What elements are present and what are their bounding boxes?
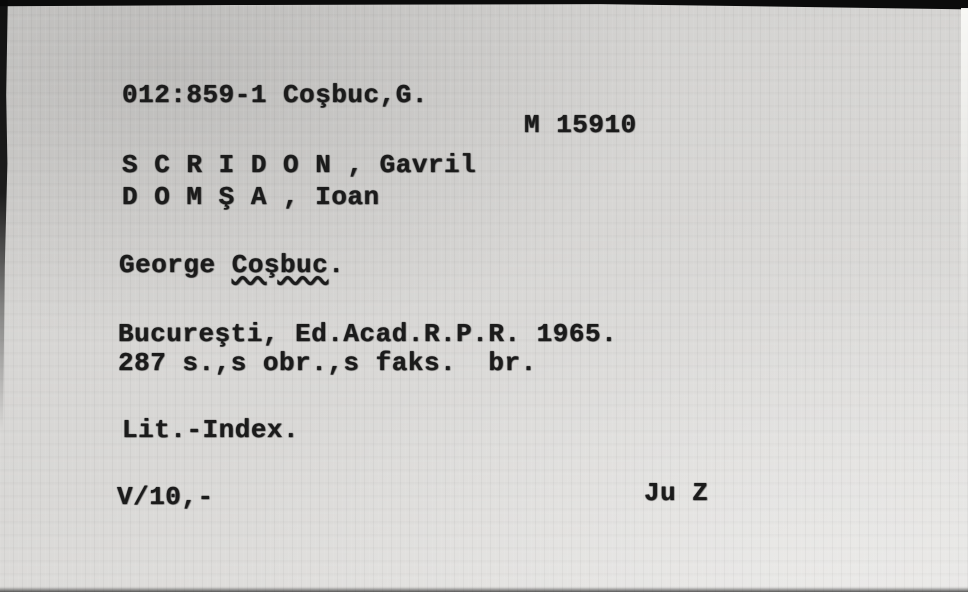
scan-edge-bottom (0, 587, 968, 592)
price-line: V/10,- (117, 484, 214, 510)
accession-number: M 15910 (524, 112, 637, 138)
title-suffix: . (328, 250, 344, 280)
collation-line: 287 s.,s obr.,s faks. br. (118, 350, 537, 376)
call-number: 012:859-1 Coşbuc,G. (122, 82, 428, 108)
title-underlined-word: Coşbuc (232, 250, 329, 280)
title-prefix: George (119, 250, 232, 280)
title-line: George Coşbuc. (119, 252, 344, 278)
catalog-card-scan: 012:859-1 Coşbuc,G. M 15910 S C R I D O … (0, 0, 968, 592)
shelf-mark: Ju Z (644, 480, 708, 506)
scan-edge-left (0, 0, 10, 430)
author-name-scridon: S C R I D O N , Gavril (122, 152, 476, 178)
card-edge-highlight (961, 8, 968, 338)
scan-edge-top (0, 0, 968, 12)
author-name-domsa: D O M Ş A , Ioan (122, 184, 380, 210)
note-line: Lit.-Index. (122, 417, 299, 443)
imprint-line: Bucureşti, Ed.Acad.R.P.R. 1965. (118, 321, 617, 347)
